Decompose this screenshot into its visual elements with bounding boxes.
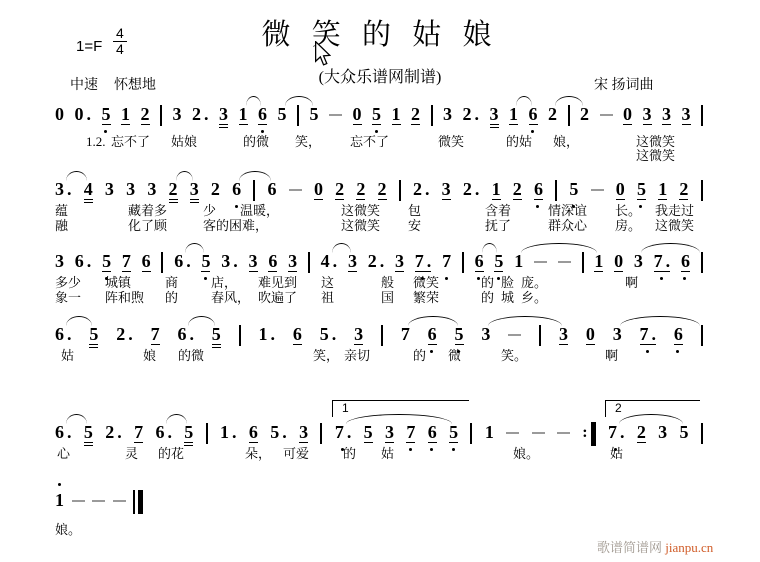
low-octave-dot	[683, 277, 686, 280]
note-token: 3	[299, 422, 308, 443]
dash-note	[600, 114, 613, 116]
note-token: 3	[147, 179, 156, 199]
slur-arc	[185, 243, 204, 253]
note-token: 6	[681, 251, 690, 272]
note-token: 2	[211, 179, 220, 199]
repeat-barline: :	[582, 422, 595, 446]
low-octave-dot	[660, 277, 663, 280]
barline	[399, 180, 401, 201]
note-token: 7.	[640, 324, 657, 345]
lyric-segment: 啊	[605, 349, 618, 363]
dash-note	[113, 500, 126, 502]
lyric-segment: 我走过	[655, 204, 694, 218]
barline	[320, 423, 322, 444]
note-token: 3	[481, 324, 490, 344]
note-token: 6	[258, 104, 267, 125]
note-token: 5	[637, 179, 646, 200]
lyric-segment: 1.2.	[86, 135, 106, 149]
lyric-segment: 庞。	[521, 276, 547, 290]
note-token: 2	[335, 179, 344, 200]
lyric-segment: 化了顾	[128, 219, 167, 233]
low-octave-dot	[477, 277, 480, 280]
lyric-segment: 笑，	[295, 135, 321, 149]
lyric-segment: 笑。	[501, 349, 527, 363]
lyric-segment: 微笑	[413, 276, 439, 290]
lyric-segment: 的微	[243, 135, 269, 149]
lyric-segment: 难见到	[258, 276, 297, 290]
barline	[582, 252, 584, 273]
tempo-text: 中速	[70, 78, 98, 93]
note-token: 7	[401, 324, 410, 344]
note-token: 7.	[335, 422, 352, 442]
notes-row: 3.43332326602222.32.12650512	[55, 179, 703, 205]
note-token: 5	[212, 324, 221, 345]
mouse-cursor-icon	[315, 41, 331, 66]
note-token: 7.	[654, 251, 671, 272]
note-token: 2	[378, 179, 387, 200]
note-token: 3	[395, 251, 404, 272]
lyric-segment: 象一	[55, 291, 81, 305]
note-token: 2	[548, 104, 557, 124]
note-token: 7.	[415, 251, 432, 272]
low-octave-dot	[409, 448, 412, 451]
barline	[701, 252, 703, 273]
note-token: 3	[288, 251, 297, 272]
note-token: 1	[514, 251, 523, 271]
dash-note	[506, 432, 519, 434]
music-line-3: 36.5766.53.3634.32.37.76511037.6多少城镇商店，难…	[55, 251, 703, 277]
lyric-segment: 少	[203, 204, 216, 218]
note-token: 5	[372, 104, 381, 125]
composer-credit: 宋 扬词曲	[594, 74, 654, 94]
slur-arc	[176, 171, 193, 181]
sheet-music-page: 微 笑 的 姑 娘 (大众乐谱网制谱) 1=F 4 4 中速怀想地 宋 扬词曲 …	[0, 0, 760, 562]
barline	[462, 252, 464, 273]
slur-arc	[66, 316, 92, 326]
note-token: 6	[232, 179, 241, 199]
ending-bracket: 2	[605, 400, 700, 417]
barline	[431, 105, 433, 126]
notes-row: 1	[55, 490, 143, 516]
mood-text: 怀想地	[114, 78, 156, 93]
note-token: 2	[513, 179, 522, 200]
lyric-segment: 姑	[61, 349, 74, 363]
note-token: 2.	[368, 251, 385, 271]
note-token: 0	[616, 179, 625, 200]
note-token: 0	[55, 104, 64, 124]
lyric-segment: 姑	[610, 447, 623, 461]
slur-arc	[285, 96, 313, 106]
note-token: 6	[249, 422, 258, 443]
slur-arc	[488, 316, 562, 326]
barline	[253, 180, 255, 201]
note-token: 3	[658, 422, 667, 442]
note-token: 0	[623, 104, 632, 125]
note-token: 2.	[105, 422, 122, 442]
note-token: 3	[443, 104, 452, 124]
lyric-segment: 多少	[55, 276, 81, 290]
note-token: 1	[121, 104, 130, 125]
slur-arc	[555, 96, 583, 106]
watermark: 歌谱简谱网 jianpu.cn	[597, 537, 713, 556]
note-token: 3	[173, 104, 182, 124]
lyric-segment: 般	[381, 276, 394, 290]
slur-arc	[246, 96, 261, 106]
lyric-segment: 的	[481, 276, 494, 290]
key-signature: 1=F	[76, 38, 102, 55]
note-token: 5	[84, 422, 93, 443]
lyric-segment: 的	[343, 447, 356, 461]
lyric-segment: 的	[165, 291, 178, 305]
time-signature-denominator: 4	[113, 42, 127, 57]
barline	[470, 423, 472, 444]
dash-note	[558, 261, 571, 263]
note-token: 3	[348, 251, 357, 272]
lyric-segment: 的	[413, 349, 426, 363]
note-token: 3	[442, 179, 451, 200]
barline	[555, 180, 557, 201]
low-octave-dot	[204, 277, 207, 280]
note-token: 3	[613, 324, 622, 344]
note-token: 2.	[116, 324, 133, 344]
note-token: 2.	[463, 104, 480, 124]
note-token: 6	[142, 251, 151, 272]
note-token: 2	[411, 104, 420, 125]
note-token: 2.	[192, 104, 209, 124]
note-token: 5	[449, 422, 458, 443]
lyric-segment: 情深谊	[548, 204, 587, 218]
lyric-segment: 娘。	[55, 523, 81, 537]
note-token: 3	[559, 324, 568, 345]
dash-note	[534, 261, 547, 263]
notes-row: 6.52.76.51.65.37.537651:7.23512	[55, 422, 703, 448]
note-token: 1.	[259, 324, 276, 344]
dash-note	[532, 432, 545, 434]
note-token: 7	[122, 251, 131, 272]
note-token: 5	[102, 104, 111, 125]
barline	[701, 105, 703, 126]
lyric-segment: 姑娘	[171, 135, 197, 149]
barline	[160, 105, 162, 126]
note-token: 6	[529, 104, 538, 125]
lyric-segment: 含着	[485, 204, 511, 218]
note-token: 5	[89, 324, 98, 345]
lyric-segment: 包	[408, 204, 421, 218]
lyric-segment: 吹遍了	[258, 291, 297, 305]
note-token: 5	[680, 422, 689, 442]
barline	[701, 423, 703, 444]
note-token: 6	[428, 324, 437, 345]
lyric-segment: 微	[448, 349, 461, 363]
barline	[381, 325, 383, 346]
notes-row: 6.52.76.51.65.376533037.6	[55, 324, 703, 350]
barline	[308, 252, 310, 273]
note-token: 6	[674, 324, 683, 345]
music-line-6: 1娘。	[55, 490, 143, 516]
lyric-segment: 忘不了	[111, 135, 150, 149]
low-octave-dot	[676, 350, 679, 353]
slur-arc	[516, 96, 532, 106]
slur-arc	[239, 171, 271, 181]
high-octave-dot	[58, 483, 61, 486]
note-token: 0	[614, 251, 623, 272]
slur-arc	[641, 243, 701, 253]
barline	[539, 325, 541, 346]
lyric-segment: 这微笑	[655, 219, 694, 233]
note-token: 0	[353, 104, 362, 125]
barline	[206, 423, 208, 444]
lyric-segment: 城镇	[105, 276, 131, 290]
slur-arc	[66, 171, 87, 181]
lyric-segment: 这微笑	[341, 219, 380, 233]
note-token: 3	[634, 251, 643, 271]
note-token: 6.	[174, 251, 191, 271]
note-token: 3	[643, 104, 652, 125]
note-token: 6.	[155, 422, 172, 442]
low-octave-dot	[445, 277, 448, 280]
lyric-segment: 商	[165, 276, 178, 290]
lyric-segment: 的花	[158, 447, 184, 461]
lyric-segment: 乡。	[521, 291, 547, 305]
lyric-segment: 啊	[625, 276, 638, 290]
note-token: 6.	[75, 251, 92, 271]
note-token: 6	[268, 179, 277, 199]
low-octave-dot	[430, 350, 433, 353]
barline	[161, 252, 163, 273]
ending-number: 1	[342, 401, 349, 415]
lyric-segment: 城	[501, 291, 514, 305]
lyric-segment: 祖	[321, 291, 334, 305]
music-line-5: 6.52.76.51.65.37.537651:7.23512心灵的花朵，可爱的…	[55, 422, 703, 448]
note-token: 4	[84, 179, 93, 200]
lyric-segment: 可爱	[283, 447, 309, 461]
note-token: 5	[455, 324, 464, 345]
lyric-segment: 房。	[615, 219, 641, 233]
low-octave-dot	[375, 130, 378, 133]
lyric-segment: 这微笑	[636, 135, 675, 149]
time-signature-numerator: 4	[113, 26, 127, 42]
note-token: 1.	[220, 422, 237, 442]
lyric-segment: 安	[408, 219, 421, 233]
note-token: 2	[679, 179, 688, 200]
note-token: 1	[392, 104, 401, 125]
lyric-segment: 心	[57, 447, 70, 461]
note-token: 1	[509, 104, 518, 125]
lyric-segment: 娘	[143, 349, 156, 363]
dash-note	[591, 189, 604, 191]
barline	[701, 325, 703, 346]
note-token: 3	[490, 104, 499, 125]
barline	[239, 325, 241, 346]
music-line-2: 3.43332326602222.32.12650512蕴藏着多少温暖，这微笑包…	[55, 179, 703, 205]
note-token: 5	[201, 251, 210, 272]
note-token: 3	[354, 324, 363, 345]
note-token: 3	[682, 104, 691, 125]
note-token: 2	[637, 422, 646, 443]
slur-arc	[620, 316, 701, 326]
lyric-segment: 融	[55, 219, 68, 233]
barline	[568, 105, 570, 126]
note-token: 3	[126, 179, 135, 199]
low-octave-dot	[452, 448, 455, 451]
low-octave-dot	[646, 350, 649, 353]
low-octave-dot	[497, 277, 500, 280]
note-token: 5.	[270, 422, 287, 442]
lyric-segment: 朵，	[245, 447, 271, 461]
note-token: 6	[268, 251, 277, 272]
note-token: 3	[190, 179, 199, 200]
note-token: 2	[356, 179, 365, 200]
note-token: 3	[219, 104, 228, 125]
note-token: 7	[406, 422, 415, 443]
note-token: 5	[364, 422, 373, 443]
time-signature: 4 4	[113, 26, 127, 57]
dash-note	[72, 500, 85, 502]
lyric-segment: 春风，	[211, 291, 250, 305]
note-token: 6	[475, 251, 484, 272]
note-token: 5	[184, 422, 193, 443]
ending-number: 2	[615, 401, 622, 415]
note-token: 2.	[463, 179, 480, 199]
barline	[701, 180, 703, 201]
note-token: 3	[105, 179, 114, 199]
dash-note	[289, 189, 302, 191]
slur-arc	[521, 243, 597, 253]
lyric-segment: 抚了	[485, 219, 511, 233]
lyric-segment: 店，	[211, 276, 237, 290]
note-token: 4.	[321, 251, 338, 271]
note-token: 6	[293, 324, 302, 345]
note-token: 3	[249, 251, 258, 272]
note-token: 3	[385, 422, 394, 443]
note-token: 5	[278, 104, 287, 124]
notes-row: 36.5766.53.3634.32.37.76511037.6	[55, 251, 703, 277]
lyric-segment: 忘不了	[350, 135, 389, 149]
lyric-segment: 的微	[178, 349, 204, 363]
note-token: 5	[102, 251, 111, 272]
lyric-segment: 娘。	[513, 447, 539, 461]
lyric-segment: 温暖，	[240, 204, 279, 218]
final-barline	[133, 490, 143, 514]
note-token: 1	[485, 422, 494, 442]
lyric-segment: 繁荣	[413, 291, 439, 305]
note-token: 7	[151, 324, 160, 345]
note-token: 6	[534, 179, 543, 200]
lyric-segment: 长。	[615, 204, 641, 218]
note-token: 3.	[221, 251, 238, 271]
low-octave-dot	[536, 205, 539, 208]
dash-note	[92, 500, 105, 502]
dash-note	[557, 432, 570, 434]
low-octave-dot	[531, 130, 534, 133]
note-token: 0	[586, 324, 595, 345]
slur-arc	[66, 414, 87, 424]
note-token: 2	[141, 104, 150, 125]
lyric-segment: 笑，	[313, 349, 339, 363]
lyric-segment: 这微笑	[636, 149, 675, 163]
music-line-4: 6.52.76.51.65.376533037.6姑娘的微笑，亲切的微笑。啊	[55, 324, 703, 350]
watermark-link[interactable]: jianpu.cn	[665, 540, 713, 555]
barline	[297, 105, 299, 126]
note-token: 7	[442, 251, 451, 271]
lyric-segment: 阵和煦	[105, 291, 144, 305]
dash-note	[329, 114, 342, 116]
tempo-marking: 中速怀想地	[70, 74, 156, 94]
lyric-segment: 姑	[381, 447, 394, 461]
lyric-segment: 这	[321, 276, 334, 290]
slur-arc	[188, 316, 215, 326]
lyric-segment: 客的困难，	[203, 219, 268, 233]
note-token: 1	[658, 179, 667, 200]
music-line-1: 00.51232.31655051232.3162203331.2.忘不了姑娘的…	[55, 104, 703, 130]
note-token: 3	[662, 104, 671, 125]
note-token: 1	[594, 251, 603, 272]
slur-arc	[408, 316, 458, 326]
lyric-segment: 国	[381, 291, 394, 305]
note-token: 5	[569, 179, 578, 199]
ending-bracket: 1	[332, 400, 469, 417]
lyric-segment: 微笑	[438, 135, 464, 149]
low-octave-dot	[104, 130, 107, 133]
note-token: 1	[55, 490, 64, 510]
lyric-segment: 娘，	[553, 135, 579, 149]
notes-row: 00.51232.31655051232.316220333	[55, 104, 703, 130]
low-octave-dot	[430, 448, 433, 451]
note-token: 3	[55, 251, 64, 271]
low-octave-dot	[235, 205, 238, 208]
note-token: 6.	[55, 324, 72, 344]
lyric-segment: 群众心	[548, 219, 587, 233]
note-token: 6.	[55, 422, 72, 442]
lyric-segment: 的	[481, 291, 494, 305]
dash-note	[508, 334, 521, 336]
note-token: 6	[428, 422, 437, 443]
slur-arc	[482, 243, 497, 253]
note-token: 1	[239, 104, 248, 125]
slur-arc	[332, 243, 351, 253]
note-token: 7.	[608, 422, 625, 442]
lyric-segment: 亲切	[344, 349, 370, 363]
slur-arc	[166, 414, 187, 424]
watermark-site: 歌谱简谱网	[597, 540, 665, 555]
lyric-segment: 蕴	[55, 204, 68, 218]
note-token: 1	[492, 179, 501, 200]
note-token: 2	[580, 104, 589, 124]
note-token: 5.	[320, 324, 337, 344]
lyric-segment: 这微笑	[341, 204, 380, 218]
low-octave-dot	[261, 130, 264, 133]
note-token: 6.	[177, 324, 194, 344]
note-token: 0	[314, 179, 323, 200]
note-token: 5	[494, 251, 503, 272]
note-token: 2	[169, 179, 178, 200]
note-token: 3.	[55, 179, 72, 199]
lyric-segment: 灵	[125, 447, 138, 461]
lyric-segment: 藏着多	[128, 204, 167, 218]
note-token: 5	[310, 104, 319, 124]
note-token: 7	[134, 422, 143, 443]
lyric-segment: 脸	[501, 276, 514, 290]
lyric-segment: 的姑	[506, 135, 532, 149]
note-token: 0.	[75, 104, 92, 124]
note-token: 2.	[413, 179, 430, 199]
